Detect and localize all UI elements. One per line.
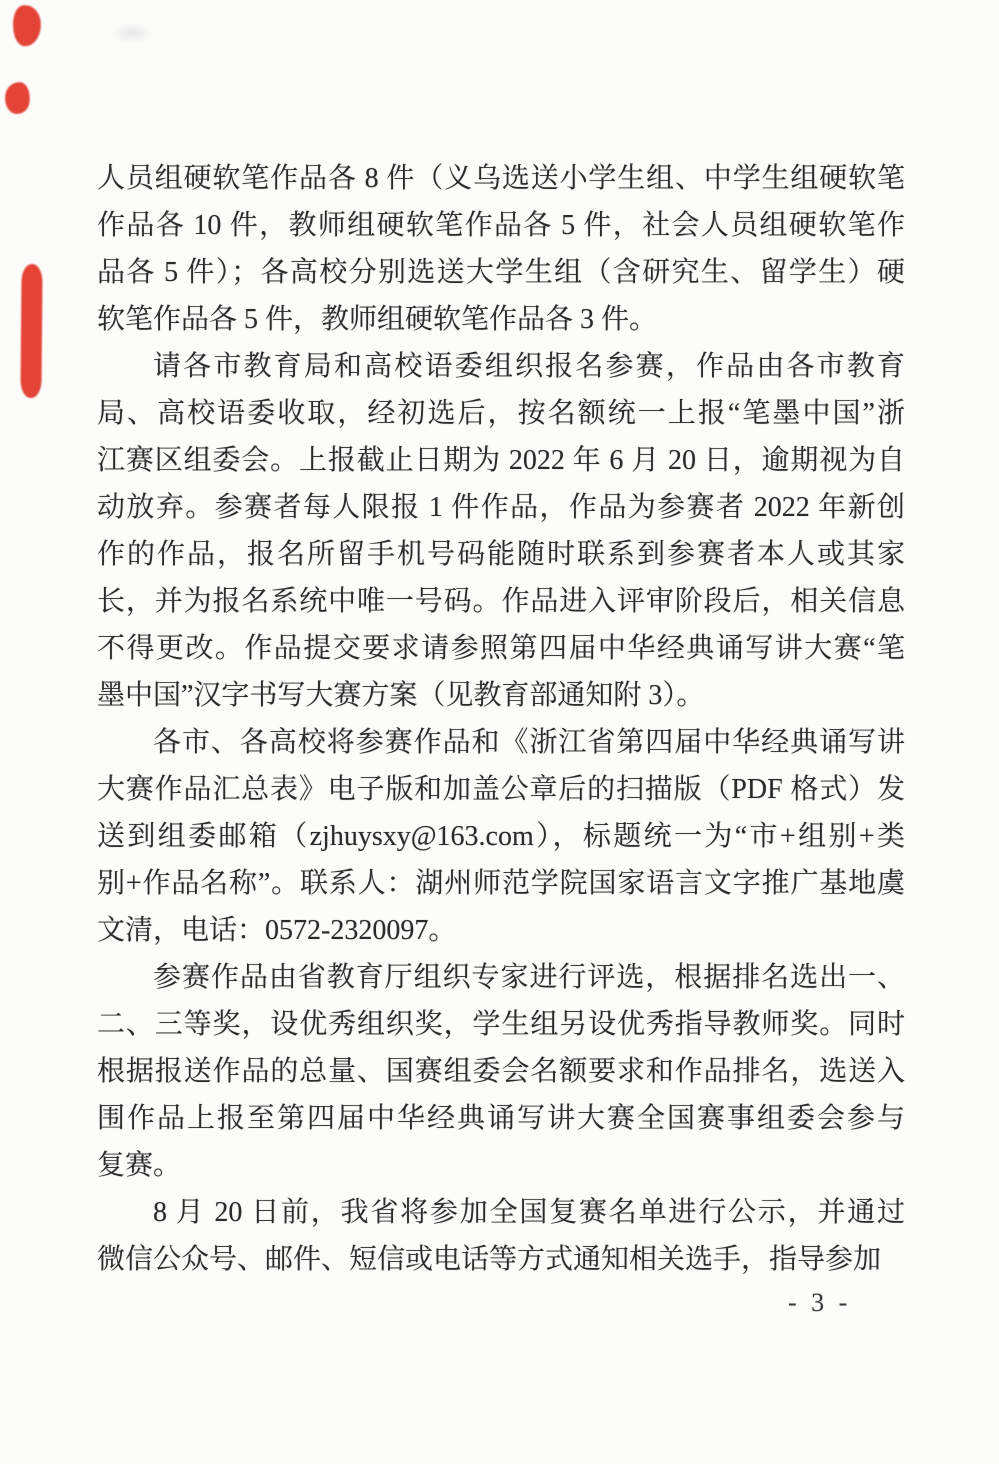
text-line: 江赛区组委会。上报截止日期为 2022 年 6 月 20 日，逾期视为自 [97,437,905,484]
page-number: - 3 - [788,1288,878,1318]
text-line: 人员组硬软笔作品各 8 件（义乌选送小学生组、中学生组硬软笔 [97,155,905,202]
text-line: 二、三等奖，设优秀组织奖，学生组另设优秀指导教师奖。同时 [97,1001,905,1048]
text-line: 送到组委邮箱（zjhuysxy@163.com），标题统一为“市+组别+类 [97,813,905,860]
text-line: 请各市教育局和高校语委组织报名参赛，作品由各市教育 [97,343,905,390]
text-line: 文清，电话：0572-2320097。 [97,907,905,954]
text-line: 墨中国”汉字书写大赛方案（见教育部通知附 3）。 [97,672,905,719]
text-line: 微信公众号、邮件、短信或电话等方式通知相关选手，指导参加 [97,1236,905,1283]
body-text: 人员组硬软笔作品各 8 件（义乌选送小学生组、中学生组硬软笔 作品各 10 件，… [97,155,905,1283]
text-line: 参赛作品由省教育厅组织专家进行评选，根据排名选出一、 [97,954,905,1001]
text-line: 作的作品，报名所留手机号码能随时联系到参赛者本人或其家 [97,531,905,578]
paragraph: 参赛作品由省教育厅组织专家进行评选，根据排名选出一、 二、三等奖，设优秀组织奖，… [97,954,905,1189]
text-line: 复赛。 [97,1142,905,1189]
text-line: 别+作品名称”。联系人：湖州师范学院国家语言文字推广基地虞 [97,860,905,907]
scan-smudge [110,22,154,44]
paragraph: 各市、各高校将参赛作品和《浙江省第四届中华经典诵写讲 大赛作品汇总表》电子版和加… [97,719,905,954]
text-line: 8 月 20 日前，我省将参加全国复赛名单进行公示，并通过 [97,1189,905,1236]
scanned-document-page: 人员组硬软笔作品各 8 件（义乌选送小学生组、中学生组硬软笔 作品各 10 件，… [0,0,999,1464]
text-line: 各市、各高校将参赛作品和《浙江省第四届中华经典诵写讲 [97,719,905,766]
text-line: 局、高校语委收取，经初选后，按名额统一上报“笔墨中国”浙 [97,390,905,437]
red-stamp-fragment-bar [20,264,42,398]
text-line: 动放弃。参赛者每人限报 1 件作品，作品为参赛者 2022 年新创 [97,484,905,531]
text-line: 大赛作品汇总表》电子版和加盖公章后的扫描版（PDF 格式）发 [97,766,905,813]
text-line: 作品各 10 件，教师组硬软笔作品各 5 件，社会人员组硬软笔作 [97,202,905,249]
text-line: 根据报送作品的总量、国赛组委会名额要求和作品排名，选送入 [97,1048,905,1095]
text-line: 软笔作品各 5 件，教师组硬软笔作品各 3 件。 [97,296,905,343]
red-stamp-fragment-top [11,4,43,48]
red-stamp-fragment-middle [3,80,32,115]
text-line: 不得更改。作品提交要求请参照第四届中华经典诵写讲大赛“笔 [97,625,905,672]
paragraph: 8 月 20 日前，我省将参加全国复赛名单进行公示，并通过 微信公众号、邮件、短… [97,1189,905,1283]
text-line: 长，并为报名系统中唯一号码。作品进入评审阶段后，相关信息 [97,578,905,625]
text-line: 品各 5 件）；各高校分别选送大学生组（含研究生、留学生）硬 [97,249,905,296]
paragraph: 请各市教育局和高校语委组织报名参赛，作品由各市教育 局、高校语委收取，经初选后，… [97,343,905,719]
paragraph: 人员组硬软笔作品各 8 件（义乌选送小学生组、中学生组硬软笔 作品各 10 件，… [97,155,905,343]
text-line: 围作品上报至第四届中华经典诵写讲大赛全国赛事组委会参与 [97,1095,905,1142]
